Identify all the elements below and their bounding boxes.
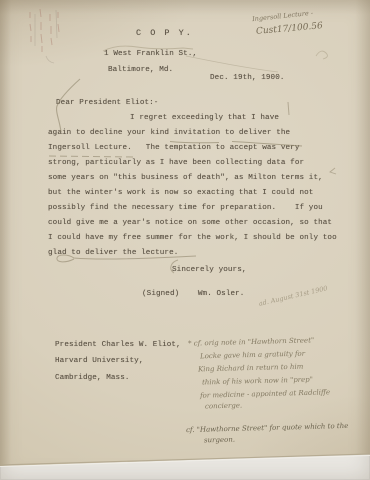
body-line: strong, particularly as I have been coll… [48,159,304,168]
signature: (Signed) Wm. Osler. [142,290,244,299]
body-line: I could have my free summer for the work… [48,234,337,243]
letter-date: Dec. 19th, 1900. [210,74,285,83]
salutation: Dear President Eliot:- [56,99,158,108]
body-line: I regret exceedingly that I have [130,114,279,123]
body-line: possibly find the necessary time for pre… [48,204,323,213]
closing: Sincerely yours, [172,266,247,275]
scanned-letter-page: C O P Y. 1 West Franklin St., Baltimore,… [0,0,370,480]
body-line: could give me a year's notice on some ot… [48,219,332,228]
side-note-line: concierge. [205,400,242,413]
recipient-line: Cambridge, Mass. [55,374,130,383]
body-line: again to decline your kind invitation to… [48,129,290,138]
sender-address-line1: 1 West Franklin St., [104,50,197,59]
bottom-note-line2: surgeon. [204,436,235,445]
body-line: Ingersoll Lecture. The temptation to acc… [48,144,299,153]
body-line: but the winter's work is now so exacting… [48,189,313,198]
copy-label: C O P Y. [136,29,193,38]
body-line: glad to deliver the lecture. [48,249,178,258]
sender-address-line2: Baltimore, Md. [108,66,173,75]
recipient-line: President Charles W. Eliot, [55,341,181,350]
body-line: some years on "this business of death", … [48,174,323,183]
recipient-line: Harvard University, [55,357,143,366]
